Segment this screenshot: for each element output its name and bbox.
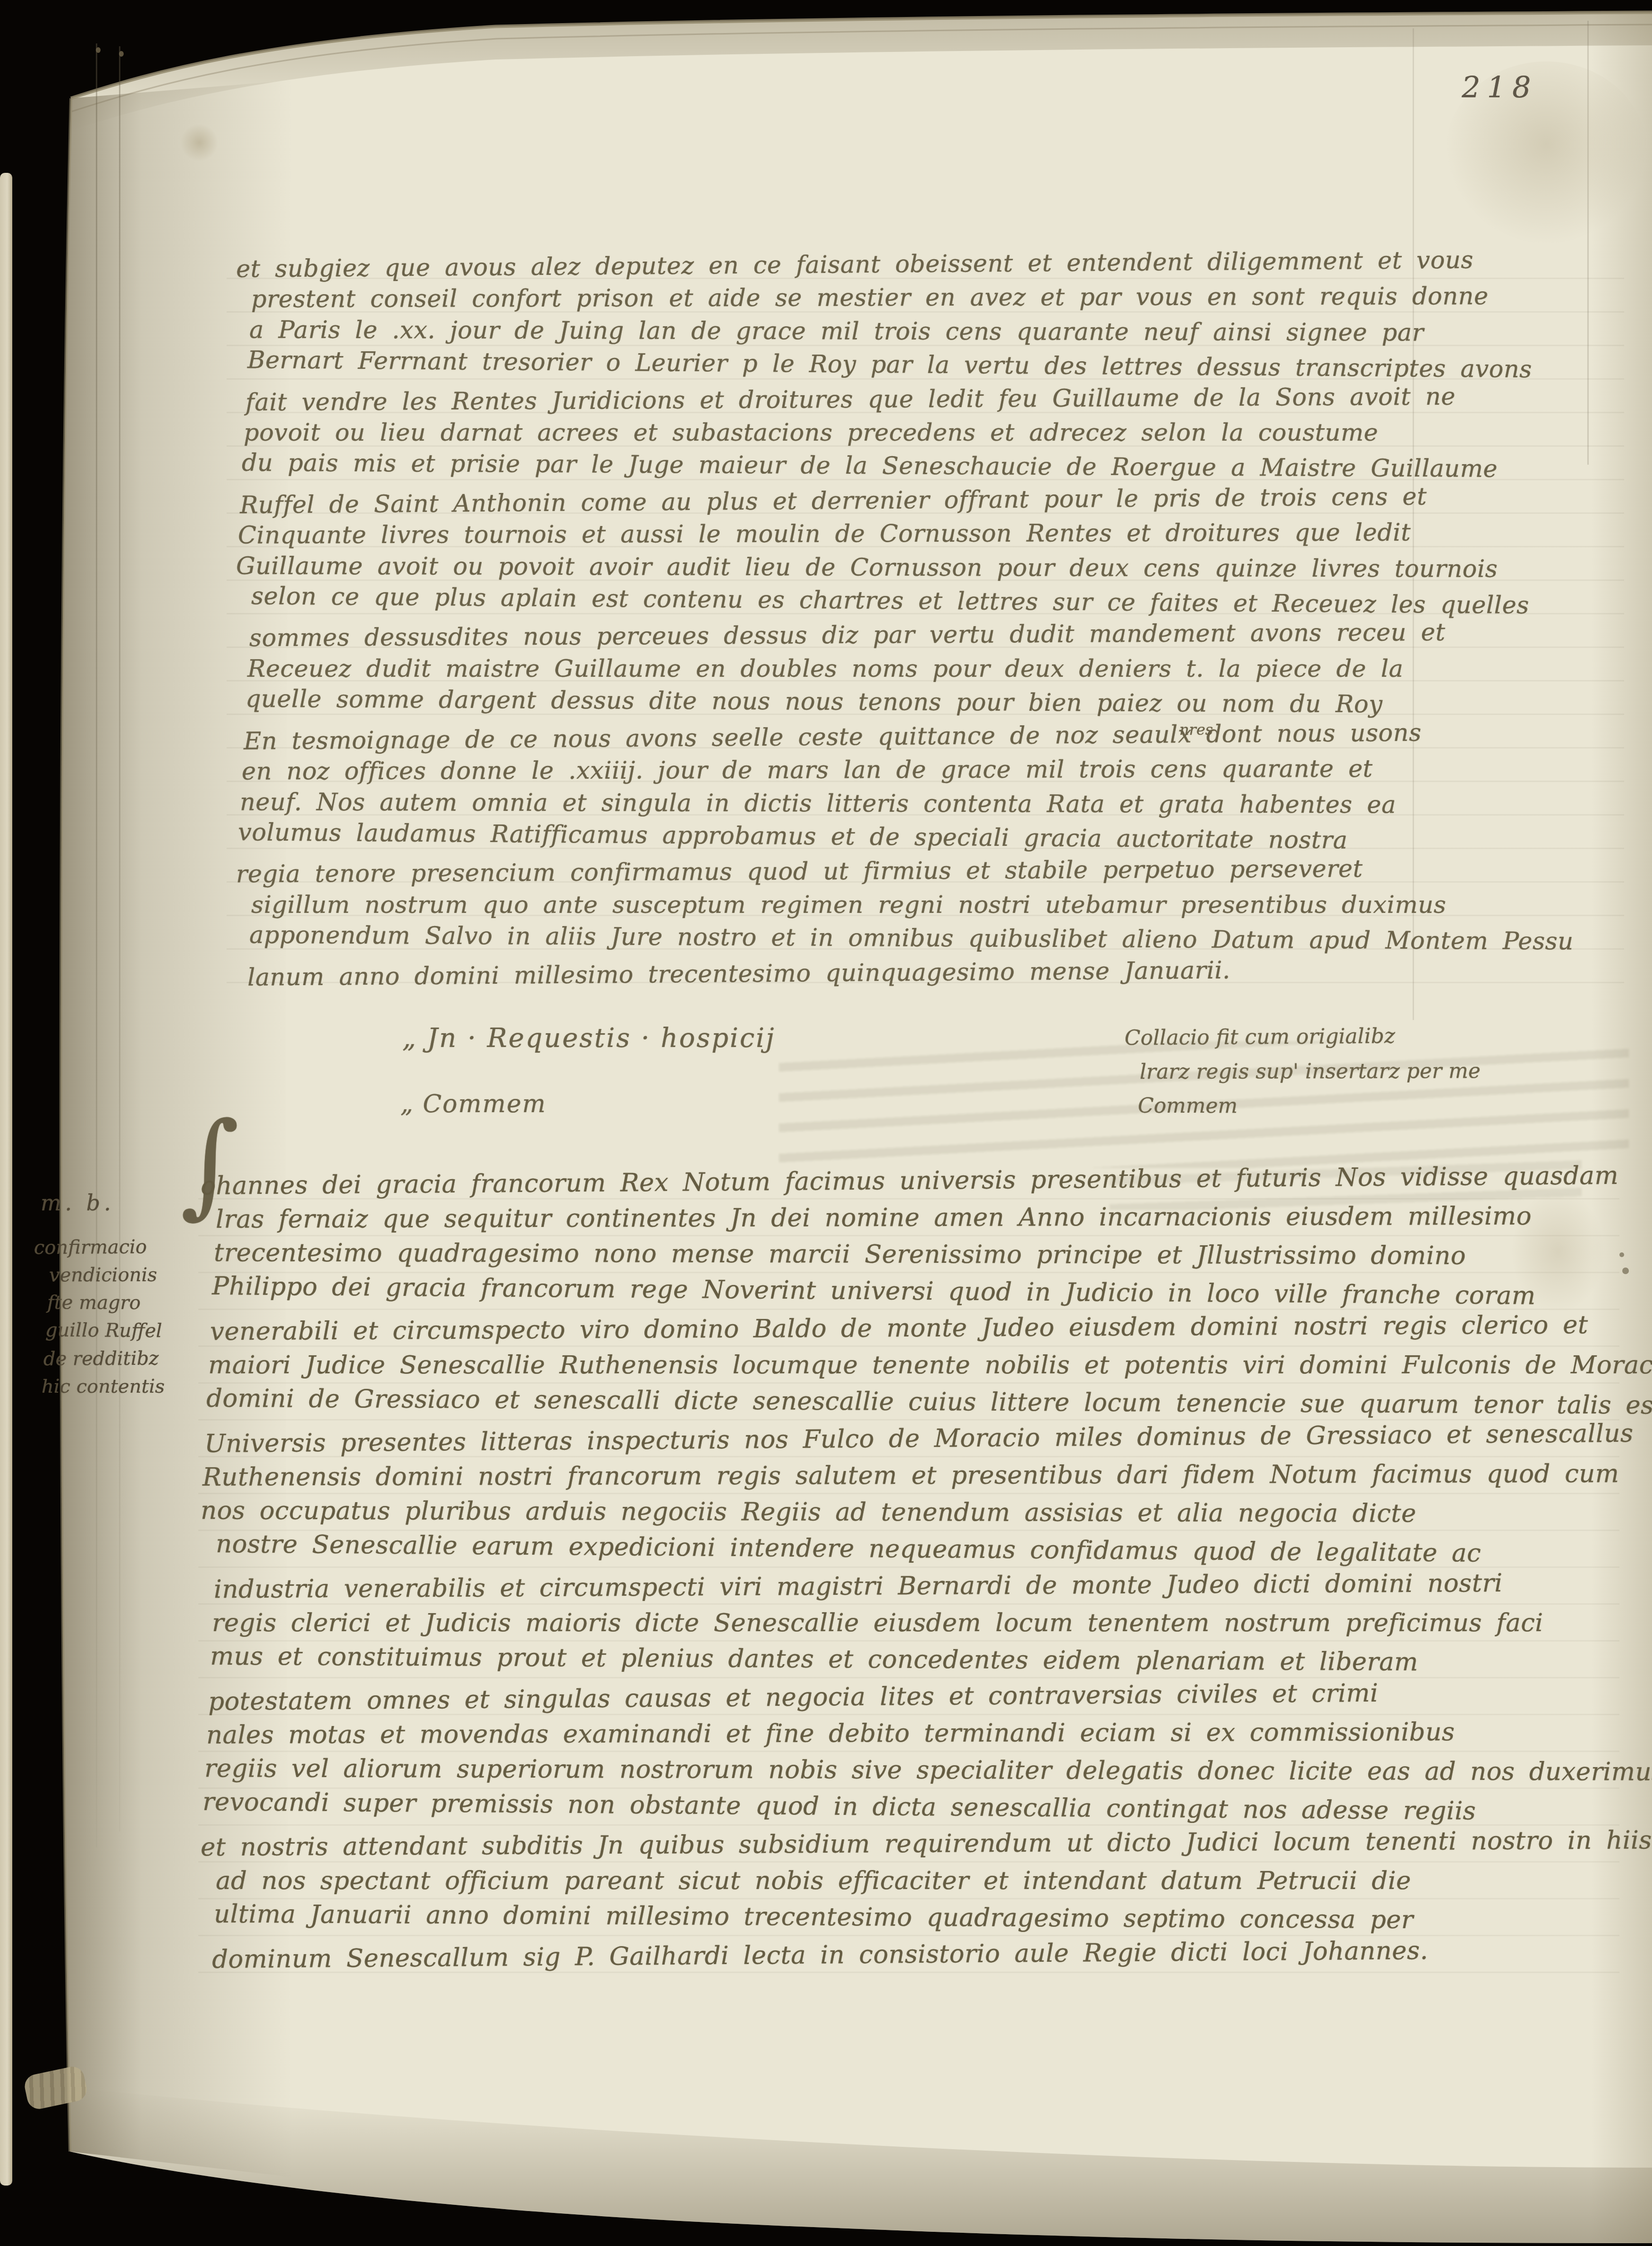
manuscript-line: Cinquante livres tournois et aussi le mo… [238, 516, 1631, 553]
manuscript-line: en noz offices donne le .xxiiij. jour de… [242, 751, 1635, 789]
manuscript-line: trecentesimo quadragesimo nono mense mar… [214, 1234, 1630, 1275]
margin-line: vendicionis [49, 1261, 224, 1290]
collation-line: Commem [1138, 1089, 1601, 1124]
manuscript-line: maiori Judice Senescallie Ruthenensis lo… [208, 1347, 1625, 1384]
manuscript-line: fait vendre les Rentes Juridicions et dr… [246, 379, 1638, 419]
manuscript-line: regiis vel aliorum superiorum nostrorum … [204, 1750, 1621, 1790]
manuscript-line: dominum Senescallum sig P. Gailhardi lec… [212, 1931, 1628, 1978]
manuscript-line: potestatem omnes et singulas causas et n… [208, 1673, 1625, 1720]
collation-line: lrarz regis sup' insertarz per me [1140, 1054, 1602, 1089]
text-block-upper: et subgiez que avous alez deputez en ce … [236, 247, 1629, 989]
registry-note-commem: „ Commem [400, 1090, 546, 1118]
manuscript-line: Ruthenensis domini nostri francorum regi… [203, 1455, 1619, 1496]
margin-reference-mark: m. b. [41, 1190, 115, 1216]
registry-note-requestis: „ Jn · Requestis · hospicij [402, 1023, 775, 1054]
margin-line: hic contentis [42, 1373, 216, 1401]
collation-line: Collacio fit cum origialibz [1125, 1017, 1588, 1055]
manuscript-line: Universis presentes litteras inspecturis… [204, 1415, 1621, 1463]
manuscript-line: nales motas et movendas examinandi et fi… [206, 1713, 1623, 1753]
manuscript-line: povoit ou lieu darnat acrees et subastac… [244, 416, 1636, 450]
margin-ruling-line [119, 46, 120, 1831]
manuscript-line: sigillum nostrum quo ante susceptum regi… [251, 888, 1644, 922]
manuscript-line: regis clerici et Judicis maioris dicte S… [212, 1605, 1628, 1642]
manuscript-line: sommes dessusdites nous perceues dessus … [249, 615, 1642, 655]
collation-note: Collacio fit cum origialibzlrarz regis s… [1125, 1019, 1587, 1124]
manuscript-photo: 218 et subgiez que avous alez deputez en… [0, 0, 1652, 2246]
manuscript-line: regia tenore presencium confirmamus quod… [236, 851, 1629, 892]
margin-ruling-line [96, 43, 97, 1847]
underlying-page-edge [0, 173, 12, 2186]
manuscript-line: lras fernaiz que sequitur continentes Jn… [216, 1198, 1632, 1238]
manuscript-line: Receuez dudit maistre Guillaume en doubl… [247, 652, 1640, 686]
manuscript-line: industria venerabilis et circumspecti vi… [214, 1565, 1630, 1608]
manuscript-line: lanum anno domini millesimo trecentesimo… [247, 951, 1640, 995]
margin-line: confirmacio [34, 1233, 209, 1262]
text-block-lower: ohannes dei gracia francorum Rex Notum f… [201, 1163, 1617, 1973]
folio-number: 218 [1462, 70, 1537, 104]
manuscript-line: nos occupatus pluribus arduis negociis R… [201, 1492, 1617, 1532]
manuscript-line: ad nos spectant officium pareant sicut n… [216, 1863, 1632, 1899]
manuscript-line: prestent conseil confort prison et aide … [251, 280, 1644, 317]
margin-rubric: confirmaciovendicionisfte magroguillo Ru… [34, 1234, 209, 1401]
manuscript-line: et nostris attendant subditis Jn quibus … [201, 1822, 1617, 1866]
margin-line: guillo Ruffel [45, 1317, 220, 1346]
interlinear-superscript: nres [1179, 721, 1213, 739]
manuscript-line: ohannes dei gracia francorum Rex Notum f… [201, 1157, 1617, 1205]
manuscript-line: venerabili et circumspecto viro domino B… [210, 1307, 1627, 1351]
margin-line: de redditibz [43, 1344, 218, 1373]
margin-line: fte magro [47, 1289, 222, 1318]
